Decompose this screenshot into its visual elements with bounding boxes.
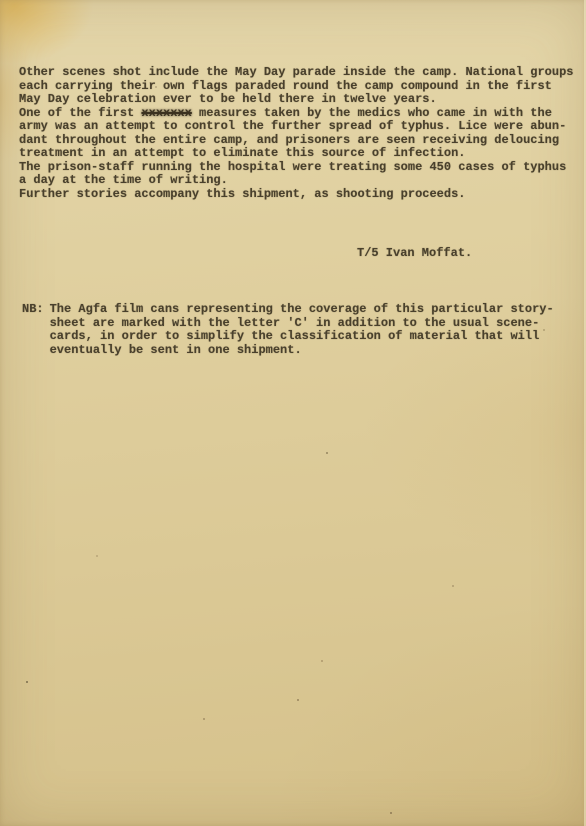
typed-line: May Day celebration ever to be held ther… bbox=[19, 93, 574, 107]
typed-line: a day at the time of writing. bbox=[19, 174, 574, 188]
typed-line: eventually be sent in one shipment. bbox=[50, 344, 554, 358]
typed-line: Other scenes shot include the May Day pa… bbox=[19, 66, 574, 80]
typed-line: The Agfa film cans representing the cove… bbox=[50, 303, 554, 317]
paper-specks bbox=[0, 0, 2, 2]
typed-text-segment: One of the first bbox=[19, 106, 141, 120]
document-page: Other scenes shot include the May Day pa… bbox=[0, 0, 586, 826]
struck-out-word: xxxxxxx bbox=[141, 106, 191, 120]
typed-line: army was an attempt to control the furth… bbox=[19, 120, 574, 134]
typed-line: cards, in order to simplify the classifi… bbox=[50, 330, 554, 344]
typed-text-segment: measures taken by the medics who came in… bbox=[192, 106, 552, 120]
signature-line: T/5 Ivan Moffat. bbox=[357, 247, 472, 261]
typed-line: Further stories accompany this shipment,… bbox=[19, 188, 574, 202]
note-label: NB: bbox=[22, 303, 44, 357]
note-lines: The Agfa film cans representing the cove… bbox=[50, 303, 554, 357]
note-block: NB: The Agfa film cans representing the … bbox=[22, 303, 554, 357]
typed-line: treatment in an attempt to eliminate thi… bbox=[19, 147, 574, 161]
typed-body-paragraph: Other scenes shot include the May Day pa… bbox=[19, 66, 574, 201]
